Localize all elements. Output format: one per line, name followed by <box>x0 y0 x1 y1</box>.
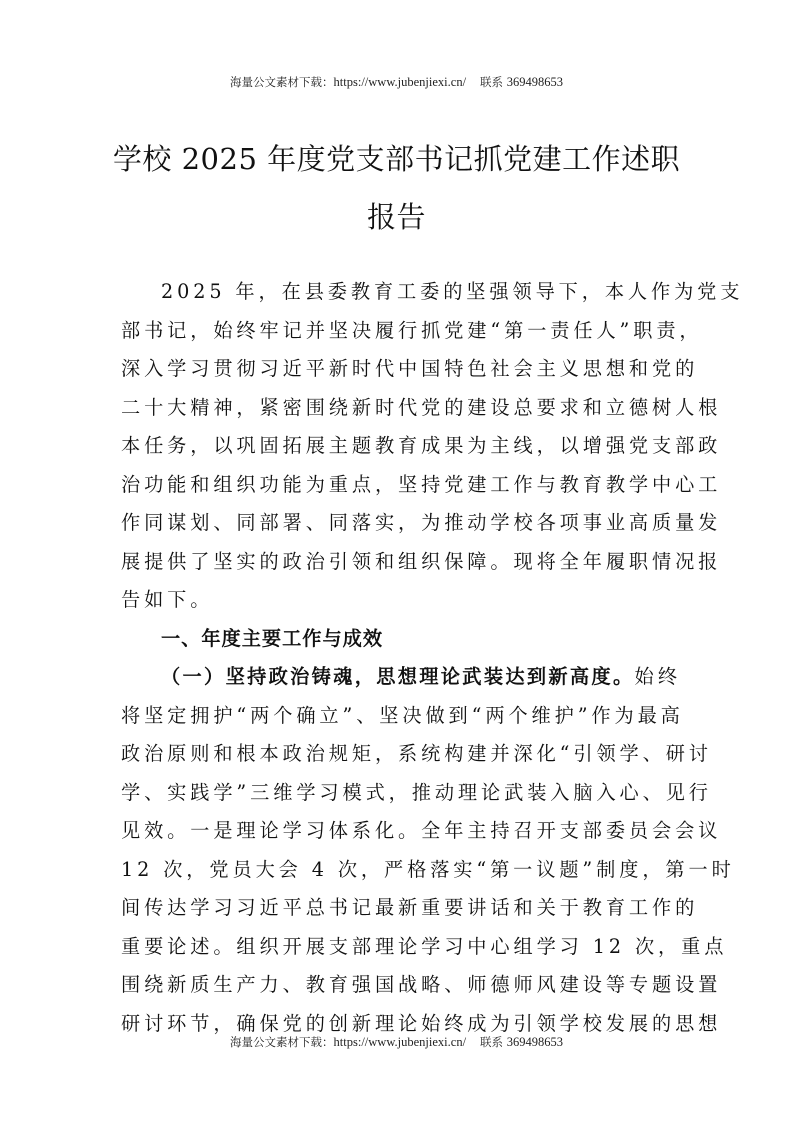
footer-contact-label: 联系 <box>480 1035 503 1049</box>
intro-line: 作同谋划、同部署、同落实，为推动学校各项事业高质量发 <box>121 504 681 543</box>
intro-line: 部书记，始终牢记并坚决履行抓党建“第一责任人”职责， <box>121 312 681 351</box>
intro-line: 本任务，以巩固拓展主题教育成果为主线，以增强党支部政 <box>121 427 681 466</box>
header-label: 海量公文素材下载： <box>230 75 334 89</box>
header-url-link[interactable]: https://www.jubenjiexi.cn/ <box>334 75 467 89</box>
subsection-heading: （一）坚持政治铸魂，思想理论武装达到新高度。 <box>161 665 634 688</box>
subsection-line: 重要论述。组织开展支部理论学习中心组学习 12 次，重点 <box>121 928 681 967</box>
subsection-line: 12 次，党员大会 4 次，严格落实“第一议题”制度，第一时 <box>121 851 681 890</box>
subsection-line: 见效。一是理论学习体系化。全年主持召开支部委员会会议 <box>121 812 681 851</box>
intro-line: 治功能和组织功能为重点，坚持党建工作与教育教学中心工 <box>121 466 681 505</box>
document-body: 2025 年，在县委教育工委的坚强领导下，本人作为党支 部书记，始终牢记并坚决履… <box>121 273 681 1043</box>
subsection-first-line: （一）坚持政治铸魂，思想理论武装达到新高度。始终 <box>121 658 681 697</box>
page-header: 海量公文素材下载：https://www.jubenjiexi.cn/联系 36… <box>0 74 793 90</box>
intro-line: 二十大精神，紧密围绕新时代党的建设总要求和立德树人根 <box>121 389 681 428</box>
footer-phone: 369498653 <box>507 1035 563 1049</box>
intro-line: 2025 年，在县委教育工委的坚强领导下，本人作为党支 <box>121 273 681 312</box>
intro-line: 深入学习贯彻习近平新时代中国特色社会主义思想和党的 <box>121 350 681 389</box>
footer-url-link[interactable]: https://www.jubenjiexi.cn/ <box>334 1035 467 1049</box>
title-line-2: 报告 <box>0 188 793 246</box>
footer-label: 海量公文素材下载： <box>230 1035 334 1049</box>
intro-line: 告如下。 <box>121 581 681 620</box>
header-phone: 369498653 <box>507 75 563 89</box>
document-title: 学校 2025 年度党支部书记抓党建工作述职 报告 <box>0 130 793 246</box>
subsection-first-line-rest: 始终 <box>634 665 681 688</box>
subsection-line: 间传达学习习近平总书记最新重要讲话和关于教育工作的 <box>121 889 681 928</box>
section-heading: 一、年度主要工作与成效 <box>121 620 681 659</box>
subsection-line: 学、实践学”三维学习模式，推动理论武装入脑入心、见行 <box>121 774 681 813</box>
subsection-line: 围绕新质生产力、教育强国战略、师德师风建设等专题设置 <box>121 966 681 1005</box>
intro-line: 展提供了坚实的政治引领和组织保障。现将全年履职情况报 <box>121 543 681 582</box>
subsection-line: 将坚定拥护“两个确立”、坚决做到“两个维护”作为最高 <box>121 697 681 736</box>
subsection-line: 政治原则和根本政治规矩，系统构建并深化“引领学、研讨 <box>121 735 681 774</box>
header-contact-label: 联系 <box>480 75 503 89</box>
title-line-1: 学校 2025 年度党支部书记抓党建工作述职 <box>0 130 793 188</box>
page-footer: 海量公文素材下载：https://www.jubenjiexi.cn/联系 36… <box>0 1034 793 1050</box>
